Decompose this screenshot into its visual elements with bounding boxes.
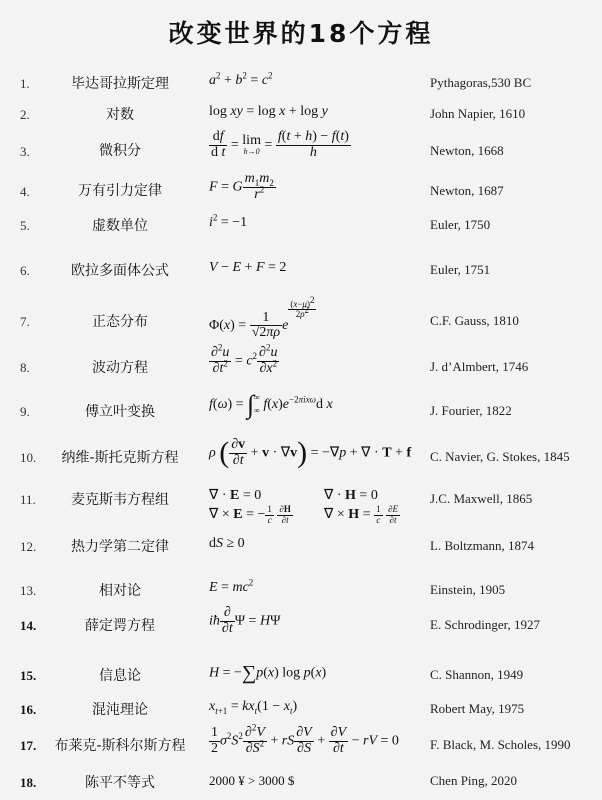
- equation-formula: H = −∑p(x) log p(x): [209, 662, 326, 685]
- equation-formula: ∂2u∂t2 = c2∂2u∂x2: [209, 346, 279, 376]
- equation-number: 16.: [20, 702, 36, 718]
- equation-name: 陈平不等式: [46, 772, 194, 792]
- equation-formula: Φ(x) = 1√2πρe(x−μ)22ρ2: [209, 300, 316, 341]
- equation-discoverer: C. Navier, G. Stokes, 1845: [430, 449, 570, 465]
- equation-number: 10.: [20, 450, 36, 466]
- equation-number: 4.: [20, 184, 30, 200]
- equation-discoverer: Chen Ping, 2020: [430, 773, 517, 789]
- equation-formula: dS ≥ 0: [209, 536, 245, 552]
- equation-formula: V − E + F = 2: [209, 260, 286, 276]
- equation-formula: f(ω) = ∫∞∞ f(x)e−2πixωd x: [209, 392, 333, 418]
- equation-number: 5.: [20, 218, 30, 234]
- equation-discoverer: Einstein, 1905: [430, 582, 505, 598]
- equation-number: 15.: [20, 668, 36, 684]
- equation-formula: iħ∂∂tΨ = HΨ: [209, 606, 280, 636]
- equation-formula: dfd t = limh→0 = f(t + h) − f(t)h: [209, 130, 351, 160]
- equation-number: 13.: [20, 583, 36, 599]
- equation-name: 混沌理论: [46, 699, 194, 719]
- equation-discoverer: C. Shannon, 1949: [430, 667, 523, 683]
- equation-name: 纳维-斯托克斯方程: [46, 447, 194, 467]
- equation-name: 正态分布: [46, 311, 194, 331]
- equation-formula: log xy = log x + log y: [209, 104, 328, 120]
- equation-discoverer: J.C. Maxwell, 1865: [430, 491, 532, 507]
- equation-name: 对数: [46, 104, 194, 124]
- equation-discoverer: Euler, 1751: [430, 262, 490, 278]
- equation-discoverer: Pythagoras,530 BC: [430, 75, 531, 91]
- equation-formula: F = Gm1m2r2: [209, 172, 276, 202]
- equation-number: 9.: [20, 404, 30, 420]
- equation-formula: ∇ · E = 0 ∇ · H = 0 ∇ × E = −1c ∂H∂t ∇ ×…: [209, 488, 444, 525]
- equation-number: 6.: [20, 263, 30, 279]
- equation-discoverer: J. Fourier, 1822: [430, 403, 512, 419]
- equation-formula: ρ (∂v∂t + v · ∇v) = −∇p + ∇ · T + f: [209, 438, 411, 468]
- equation-discoverer: John Napier, 1610: [430, 106, 525, 122]
- equation-discoverer: Newton, 1687: [430, 183, 504, 199]
- equation-number: 12.: [20, 539, 36, 555]
- equation-name: 虚数单位: [46, 215, 194, 235]
- equation-name: 麦克斯韦方程组: [46, 489, 194, 509]
- equation-name: 傅立叶变换: [46, 401, 194, 421]
- equation-formula: a2 + b2 = c2: [209, 73, 273, 89]
- equation-name: 毕达哥拉斯定理: [46, 73, 194, 93]
- equation-number: 2.: [20, 107, 30, 123]
- equation-number: 7.: [20, 314, 30, 330]
- equation-name: 欧拉多面体公式: [46, 260, 194, 280]
- equation-discoverer: Robert May, 1975: [430, 701, 524, 717]
- equation-number: 3.: [20, 144, 30, 160]
- equation-discoverer: Newton, 1668: [430, 143, 504, 159]
- equation-number: 11.: [20, 492, 36, 508]
- equation-name: 热力学第二定律: [46, 536, 194, 556]
- equation-discoverer: E. Schrodinger, 1927: [430, 617, 540, 633]
- equation-number: 17.: [20, 738, 36, 754]
- page-title: 改变世界的18个方程: [0, 14, 602, 50]
- equation-name: 万有引力定律: [46, 180, 194, 200]
- equation-formula: xt+1 = kxt(1 − xt): [209, 699, 297, 715]
- equation-number: 8.: [20, 360, 30, 376]
- equation-number: 1.: [20, 76, 30, 92]
- equation-name: 布莱克-斯科尔斯方程: [46, 735, 194, 755]
- equation-formula: i2 = −1: [209, 215, 247, 231]
- equation-name: 信息论: [46, 665, 194, 685]
- equation-name: 相对论: [46, 580, 194, 600]
- equation-name: 薛定谔方程: [46, 615, 194, 635]
- equation-discoverer: Euler, 1750: [430, 217, 490, 233]
- equation-name: 微积分: [46, 140, 194, 160]
- equation-formula: 12σ2S2∂2V∂S2 + rS∂V∂S + ∂V∂t − rV = 0: [209, 726, 399, 756]
- equation-formula: 2000 ¥ > 3000 $: [209, 773, 294, 789]
- equation-number: 18.: [20, 775, 36, 791]
- equation-number: 14.: [20, 618, 36, 634]
- equation-name: 波动方程: [46, 357, 194, 377]
- equation-discoverer: J. d’Almbert, 1746: [430, 359, 528, 375]
- equation-discoverer: C.F. Gauss, 1810: [430, 313, 519, 329]
- equation-discoverer: F. Black, M. Scholes, 1990: [430, 737, 571, 753]
- equation-formula: E = mc2: [209, 580, 253, 596]
- equation-discoverer: L. Boltzmann, 1874: [430, 538, 534, 554]
